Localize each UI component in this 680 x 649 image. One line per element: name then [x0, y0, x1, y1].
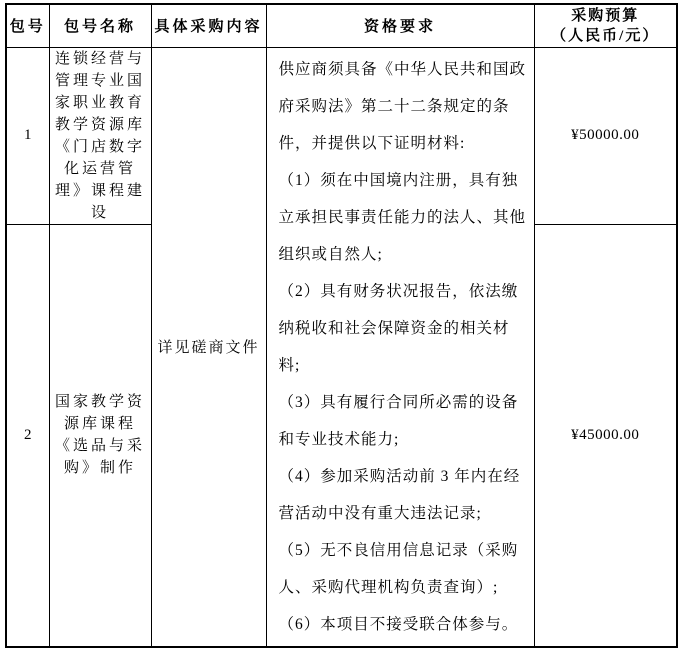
row1-budget: ¥50000.00: [534, 47, 677, 224]
header-budget-line1: 采购预算: [535, 6, 677, 26]
row1-package-name: 连锁经营与管理专业国家职业教育教学资源库《门店数字化运营管理》课程建设: [49, 47, 151, 224]
table-header-row: 包号 包号名称 具体采购内容 资格要求 采购预算 （人民币/元）: [6, 4, 677, 47]
header-content: 具体采购内容: [151, 4, 266, 47]
row2-budget: ¥45000.00: [534, 224, 677, 647]
qualification-paragraph: （2）具有财务状况报告，依法缴纳税收和社会保障资金的相关材料;: [279, 273, 530, 384]
table-row: 1 连锁经营与管理专业国家职业教育教学资源库《门店数字化运营管理》课程建设 详见…: [6, 47, 677, 224]
procurement-table: 包号 包号名称 具体采购内容 资格要求 采购预算 （人民币/元） 1 连锁经营与…: [5, 3, 678, 648]
qualification-paragraph: （1）须在中国境内注册，具有独立承担民事责任能力的法人、其他组织或自然人;: [279, 162, 530, 273]
document-page: 包号 包号名称 具体采购内容 资格要求 采购预算 （人民币/元） 1 连锁经营与…: [0, 0, 680, 649]
header-budget-line2: （人民币/元）: [535, 26, 677, 46]
header-budget: 采购预算 （人民币/元）: [534, 4, 677, 47]
merged-content-cell: 详见磋商文件: [151, 47, 266, 647]
qualification-paragraph: （3）具有履行合同所必需的设备和专业技术能力;: [279, 384, 530, 458]
header-package-no: 包号: [6, 4, 49, 47]
header-qualification: 资格要求: [266, 4, 534, 47]
qualification-paragraph: （4）参加采购活动前 3 年内在经营活动中没有重大违法记录;: [279, 458, 530, 532]
row1-package-no: 1: [6, 47, 49, 224]
header-package-name: 包号名称: [49, 4, 151, 47]
qualification-paragraph: 供应商须具备《中华人民共和国政府采购法》第二十二条规定的条件，并提供以下证明材料…: [279, 51, 530, 162]
row2-package-no: 2: [6, 224, 49, 647]
qualification-paragraph: （5）无不良信用信息记录（采购人、采购代理机构负责查询）;: [279, 532, 530, 606]
merged-qualification-cell: 供应商须具备《中华人民共和国政府采购法》第二十二条规定的条件，并提供以下证明材料…: [266, 47, 534, 647]
row2-package-name: 国家教学资源库课程《选品与采购》制作: [49, 224, 151, 647]
qualification-paragraph: （6）本项目不接受联合体参与。: [279, 606, 530, 643]
